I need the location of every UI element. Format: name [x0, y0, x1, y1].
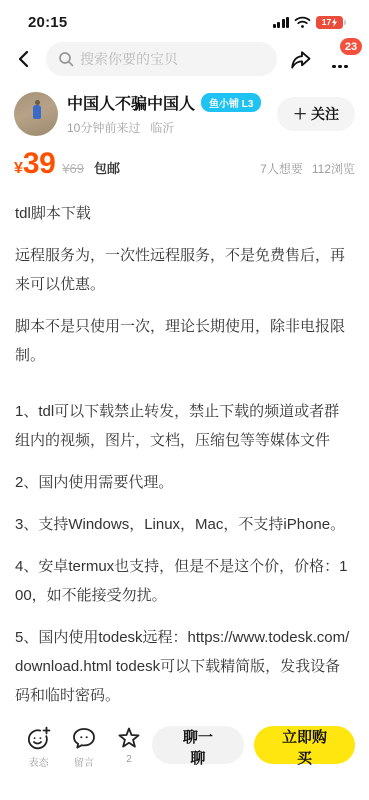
description-paragraph: tdl脚本下载 [15, 199, 354, 228]
original-price: ¥69 [62, 161, 84, 176]
seller-avatar[interactable] [14, 92, 58, 136]
chat-button[interactable]: 聊一聊 [152, 726, 244, 764]
star-icon [116, 726, 142, 751]
product-detail-page: 20:15 17 [0, 0, 369, 800]
battery-icon: 17 [316, 16, 343, 29]
share-button[interactable] [285, 44, 315, 74]
search-bar[interactable] [46, 42, 277, 76]
smiley-plus-icon [25, 726, 52, 751]
favorite-count: 2 [126, 754, 132, 765]
buy-now-button[interactable]: 立即购买 [254, 726, 355, 764]
seller-info[interactable]: 中国人不骗中国人 鱼小铺 L3 10分钟前来过 临沂 [67, 91, 277, 136]
back-button[interactable] [10, 45, 38, 73]
notification-badge: 23 [340, 38, 362, 55]
share-arrow-icon [288, 48, 313, 71]
description-paragraph: 3、支持Windows，Linux，Mac，不支持iPhone。 [15, 510, 354, 539]
charging-bolt-icon [332, 18, 337, 27]
battery-percent: 17 [322, 17, 331, 27]
description-paragraph: 4、安卓termux也支持，但是不是这个价，价格：100，如不能接受勿扰。 [15, 552, 354, 610]
more-dots-icon [332, 65, 348, 69]
cellular-signal-icon [273, 17, 290, 28]
current-price: 39 [23, 149, 55, 179]
shop-level-badge: 鱼小铺 L3 [201, 93, 261, 112]
follow-button[interactable]: ＋ 关注 [277, 97, 355, 131]
comment-button[interactable]: 留言 [61, 726, 106, 769]
search-input[interactable] [80, 51, 265, 67]
speech-bubble-icon [71, 726, 97, 751]
seller-name: 中国人不骗中国人 [67, 91, 195, 114]
description-paragraph: 脚本不是只使用一次，理论长期使用，除非电报限制。 [15, 312, 354, 370]
seller-location: 临沂 [150, 119, 174, 136]
description-paragraph: 2、国内使用需要代理。 [15, 468, 354, 497]
search-icon [58, 51, 74, 67]
price-row: ¥ 39 ¥69 包邮 7人想要 112浏览 [0, 136, 369, 179]
more-button[interactable]: 23 [323, 42, 357, 76]
shipping-label: 包邮 [94, 158, 120, 177]
comment-label: 留言 [74, 754, 94, 769]
seller-row: 中国人不骗中国人 鱼小铺 L3 10分钟前来过 临沂 ＋ 关注 [0, 82, 369, 136]
status-bar: 20:15 17 [0, 0, 369, 36]
seller-last-seen: 10分钟前来过 [67, 119, 140, 136]
description-paragraph: 远程服务为，一次性远程服务，不是免费售后，再来可以优惠。 [15, 241, 354, 299]
want-count: 7人想要 [260, 160, 303, 177]
view-count: 112浏览 [312, 160, 355, 177]
description-paragraph: 5、国内使用todesk远程：https://www.todesk.com/do… [15, 623, 354, 710]
wifi-icon [294, 16, 311, 29]
currency-symbol: ¥ [14, 160, 23, 178]
description-paragraph: 1、tdl可以下载禁止转发，禁止下载的频道或者群组内的视频，图片，文档，压缩包等… [15, 397, 354, 455]
bottom-action-bar: 表态 留言 2 聊一聊 立即购买 [0, 716, 369, 800]
favorite-button[interactable]: 2 [106, 726, 151, 765]
nav-bar: 23 [0, 36, 369, 82]
status-time: 20:15 [28, 14, 67, 31]
react-button[interactable]: 表态 [16, 726, 61, 769]
react-label: 表态 [29, 754, 49, 769]
chevron-left-icon [14, 49, 34, 69]
product-description: tdl脚本下载 远程服务为，一次性远程服务，不是免费售后，再来可以优惠。 脚本不… [0, 179, 369, 752]
